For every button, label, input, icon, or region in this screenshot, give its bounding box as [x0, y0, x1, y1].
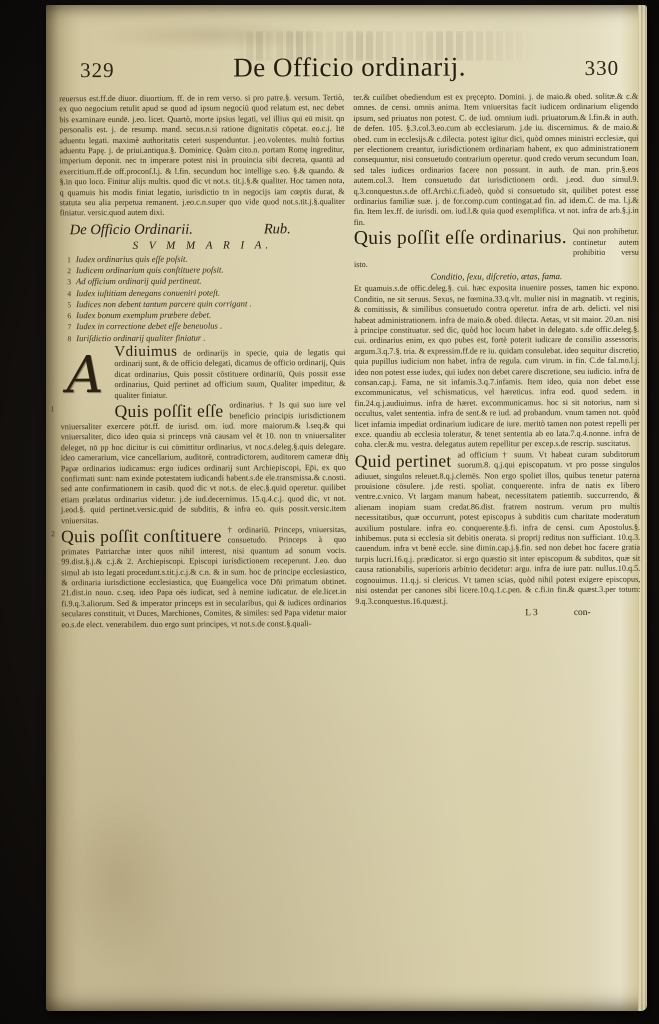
section-heading: Quis poſſit conſtituere — [61, 526, 222, 547]
signature-row: L 3con- — [355, 606, 640, 620]
text-columns: reuersus est.ff.de diuor. diuortium. ff.… — [44, 86, 649, 931]
chapter-heading-title: De Officio Ordinarii. — [70, 225, 193, 236]
section-heading: Quis poſſit eſſe ordinarius. — [354, 227, 567, 249]
margin-paragraph-number: 3 — [345, 454, 349, 464]
summaria-item-text: Iudex ordinarius quis eſſe poſsit. — [76, 253, 188, 265]
scanned-book-photo: 329 De Officio ordinarij. 330 reuersus e… — [0, 0, 659, 1024]
section-paragraph: 2Quis poſſit conſtituere† ordinariū. Pri… — [61, 525, 346, 630]
page-content: 329 De Officio ordinarij. 330 reuersus e… — [44, 4, 649, 1013]
summaria-item-number: 5 — [60, 299, 76, 310]
summaria-item-text: Iudex in correctione debet eſſe beneuolu… — [76, 321, 222, 333]
summaria-item-number: 6 — [60, 310, 76, 321]
section-paragraph: Quis poſſit eſſe ordinarius.Qui non proh… — [354, 227, 639, 270]
summaria-item-number: 8 — [60, 333, 76, 344]
section-paragraph-text: ad officium † suum. Vt habeat curam subd… — [355, 450, 641, 606]
summaria-list: 1Iudex ordinarius quis eſſe poſsit.2Iudi… — [60, 253, 345, 345]
opening-word: Vdiuimus — [114, 344, 177, 360]
paragraph: ter.& cuilibet obediendum est ex pręcept… — [353, 92, 639, 229]
summaria-item-text: Iudex iuſtitiam denegans conueniri poteſ… — [76, 287, 220, 299]
summaria-item-number: 2 — [60, 265, 76, 276]
summaria-item-text: Ad officium ordinarij quid pertineat. — [76, 276, 202, 288]
section-heading: Quid pertinet — [355, 450, 452, 471]
summaria-item-text: Iudex bonum exemplum præbere debet. — [76, 310, 211, 322]
opening-paragraph: AVdiuimus de ordinarijs in specie, quia … — [60, 346, 345, 401]
book-page: 329 De Officio ordinarij. 330 reuersus e… — [46, 5, 647, 1011]
folio-number-right: 330 — [585, 56, 620, 81]
summaria-item: 8Iuriſdictio ordinarij qualiter finiatur… — [60, 332, 345, 345]
running-title: De Officio ordinarij. — [115, 51, 585, 84]
signature-mark: L 3 — [525, 608, 538, 618]
section-paragraph: 1Quis poſſit eſſeordinarius. † Is qui su… — [61, 400, 347, 526]
folio-number-left: 329 — [80, 58, 115, 83]
text-column-right: ter.& cuilibet obediendum est ex pręcept… — [353, 92, 642, 929]
summaria-item-number: 7 — [60, 322, 76, 333]
mnemonic-verse: Conditio, ſexu, diſcretio, ætas, fama. — [354, 269, 639, 285]
summaria-item-number: 4 — [60, 288, 76, 299]
chapter-heading: De Officio Ordinarii.Rub. — [60, 218, 345, 239]
page-header: 329 De Officio ordinarij. 330 — [44, 4, 645, 89]
summaria-item-text: Iudicem ordinarium quis conſtituere poſs… — [76, 265, 224, 277]
drop-cap-initial: A — [60, 349, 109, 403]
summaria-item-number: 3 — [60, 276, 76, 287]
summaria-item-text: Iuriſdictio ordinarij qualiter finiatur … — [76, 332, 205, 344]
summaria-item-text: Iudices non debent tantum parcere quin c… — [76, 298, 252, 310]
section-paragraph: 3Quid pertinetad officium † suum. Vt hab… — [355, 450, 641, 607]
margin-paragraph-number: 1 — [51, 404, 55, 414]
chapter-heading-rubric: Rub. — [264, 224, 291, 235]
margin-paragraph-number: 2 — [51, 529, 55, 539]
summaria-item-number: 1 — [60, 254, 76, 265]
text-column-left: reuersus est.ff.de diuor. diuortium. ff.… — [59, 93, 348, 930]
section-heading: Quis poſſit eſſe — [115, 401, 224, 422]
paragraph: reuersus est.ff.de diuor. diuortium. ff.… — [59, 93, 345, 219]
catchword: con- — [574, 608, 591, 618]
summaria-title: S V M M A R I A. — [60, 237, 345, 254]
paragraph: Et quamuis.s.de offic.deleg.§. cui. hæc … — [354, 283, 640, 451]
